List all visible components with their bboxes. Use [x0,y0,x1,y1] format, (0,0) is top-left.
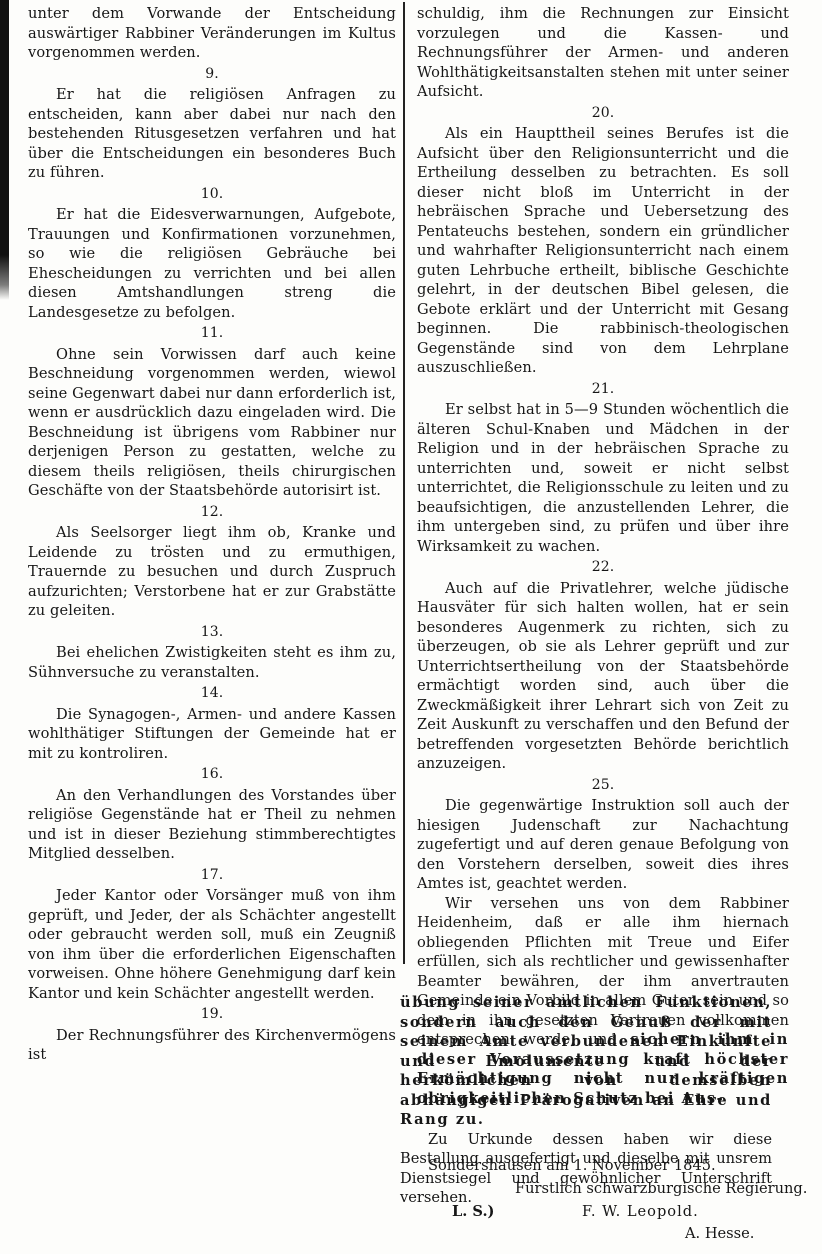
section-number-17: 17. [28,866,396,886]
paragraph-continuation: unter dem Vorwande der Entscheidung ausw… [28,4,396,63]
section-22-text: Auch auf die Privatlehrer, welche jüdisc… [417,579,789,774]
section-16-text: An den Verhandlungen des Vorstandes über… [28,786,396,864]
section-number-21: 21. [417,380,789,400]
section-9-text: Er hat die religiösen Anfragen zu entsch… [28,85,396,183]
closing-block: übung seiner amtlichen Funktionen, sonde… [400,993,772,1208]
section-17-text: Jeder Kantor oder Vorsänger muß von ihm … [28,886,396,1003]
place-date: Sondershausen am 1. November 1845. [428,1157,716,1174]
left-column: unter dem Vorwande der Entscheidung ausw… [28,4,396,1065]
signatory-hesse: A. Hesse. [685,1225,754,1242]
section-number-22: 22. [417,558,789,578]
section-number-12: 12. [28,503,396,523]
section-13-text: Bei ehelichen Zwistigkeiten steht es ihm… [28,643,396,682]
section-11-text: Ohne sein Vorwissen darf auch keine Besc… [28,345,396,501]
signatory-leopold: F. W. Leopold. [582,1203,699,1220]
section-19-continuation: schuldig, ihm die Rechnungen zur Einsich… [417,4,789,102]
section-number-10: 10. [28,185,396,205]
section-number-9: 9. [28,65,396,85]
column-divider [403,2,405,964]
section-14-text: Die Synagogen-, Armen- und andere Kassen… [28,705,396,764]
section-10-text: Er hat die Eidesverwarnungen, Aufgebote,… [28,205,396,322]
section-number-20: 20. [417,104,789,124]
right-column: schuldig, ihm die Rechnungen zur Einsich… [417,4,789,1108]
section-20-text: Als ein Haupttheil seines Berufes ist di… [417,124,789,378]
issuing-authority: Fürstlich schwarzburgische Regierung. [515,1180,807,1197]
section-12-text: Als Seelsorger liegt ihm ob, Kranke und … [28,523,396,621]
section-number-14: 14. [28,684,396,704]
seal-mark: L. S.) [452,1203,494,1220]
section-19-text: Der Rechnungsführer des Kirchenvermögens… [28,1026,396,1065]
closing-continuation: übung seiner amtlichen Funktionen, sonde… [400,993,772,1130]
section-number-25: 25. [417,776,789,796]
section-21-text: Er selbst hat in 5—9 Stunden wöchentlich… [417,400,789,556]
section-25-text: Die gegenwärtige Instruktion soll auch d… [417,796,789,894]
section-number-19: 19. [28,1005,396,1025]
section-number-16: 16. [28,765,396,785]
section-number-11: 11. [28,324,396,344]
scan-edge-shadow [0,0,9,300]
section-number-13: 13. [28,623,396,643]
